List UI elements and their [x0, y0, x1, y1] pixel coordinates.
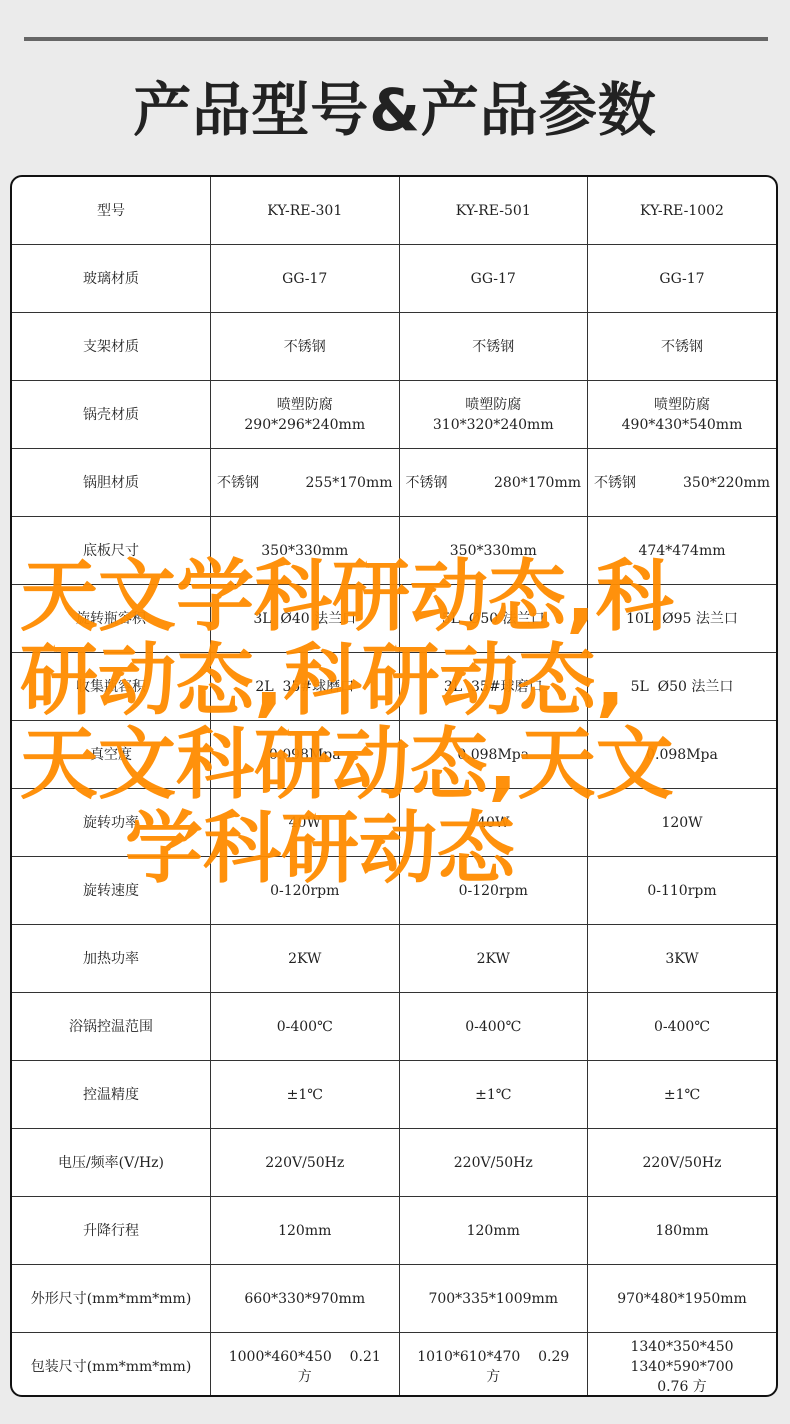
table-cell: 喷塑防腐290*296*240mm — [211, 381, 400, 449]
cell-text: 3L 35#球磨口 — [404, 677, 584, 697]
table-cell: 不锈钢 — [399, 313, 588, 381]
table-cell: 3KW — [588, 925, 777, 993]
row-label: 控温精度 — [12, 1061, 211, 1129]
table-row: 玻璃材质GG-17GG-17GG-17 — [12, 245, 776, 313]
table-row: 型号KY-RE-301KY-RE-501KY-RE-1002 — [12, 177, 776, 245]
table-row: 控温精度±1℃±1℃±1℃ — [12, 1061, 776, 1129]
cell-text: ±1℃ — [404, 1085, 584, 1105]
cell-text: 120mm — [404, 1221, 584, 1241]
table-cell: ±1℃ — [399, 1061, 588, 1129]
table-cell: 350*330mm — [211, 517, 400, 585]
cell-text: 1340*350*450 — [592, 1337, 772, 1357]
table-row: 加热功率2KW2KW3KW — [12, 925, 776, 993]
cell-text: 350*220mm — [683, 473, 770, 493]
cell-text: 10L Ø95 法兰口 — [592, 609, 772, 629]
cell-text: 290*296*240mm — [215, 415, 395, 435]
cell-text: 0-120rpm — [404, 881, 584, 901]
table-cell: 5L Ø50 法兰口 — [399, 585, 588, 653]
table-row: 支架材质不锈钢不锈钢不锈钢 — [12, 313, 776, 381]
split-cell: 不锈钢350*220mm — [592, 473, 772, 493]
table-cell: GG-17 — [399, 245, 588, 313]
cell-text: 1000*460*450 0.21 — [215, 1347, 395, 1367]
table-cell: GG-17 — [588, 245, 777, 313]
table-cell: 不锈钢 — [211, 313, 400, 381]
cell-text: 2KW — [404, 949, 584, 969]
cell-text: 不锈钢 — [592, 337, 772, 357]
cell-text: 喷塑防腐 — [215, 395, 395, 415]
cell-text: 255*170mm — [306, 473, 393, 493]
table-row: 底板尺寸350*330mm350*330mm474*474mm — [12, 517, 776, 585]
row-label: 浴锅控温范围 — [12, 993, 211, 1061]
cell-text: 0-120rpm — [215, 881, 395, 901]
table-row: 包装尺寸(mm*mm*mm)1000*460*450 0.21方1010*610… — [12, 1333, 776, 1398]
row-label: 型号 — [12, 177, 211, 245]
table-cell: 0-120rpm — [211, 857, 400, 925]
split-cell: 不锈钢255*170mm — [215, 473, 395, 493]
row-label: 外形尺寸(mm*mm*mm) — [12, 1265, 211, 1333]
cell-text: 5L Ø50 法兰口 — [404, 609, 584, 629]
table-cell: 474*474mm — [588, 517, 777, 585]
table-row: 真空度0.098Mpa0.098Mpa0.098Mpa — [12, 721, 776, 789]
cell-text: 1010*610*470 0.29 — [404, 1347, 584, 1367]
table-cell: KY-RE-301 — [211, 177, 400, 245]
row-label: 支架材质 — [12, 313, 211, 381]
spec-table: 型号KY-RE-301KY-RE-501KY-RE-1002玻璃材质GG-17G… — [12, 177, 776, 1397]
table-cell: 120W — [588, 789, 777, 857]
cell-text: GG-17 — [404, 269, 584, 289]
table-row: 升降行程120mm120mm180mm — [12, 1197, 776, 1265]
table-cell: 1000*460*450 0.21方 — [211, 1333, 400, 1398]
table-cell: 180mm — [588, 1197, 777, 1265]
table-cell: 2KW — [211, 925, 400, 993]
row-label: 包装尺寸(mm*mm*mm) — [12, 1333, 211, 1398]
cell-text: 120W — [592, 813, 772, 833]
cell-text: 350*330mm — [404, 541, 584, 561]
cell-text: KY-RE-501 — [404, 201, 584, 221]
cell-text: 180mm — [592, 1221, 772, 1241]
top-divider — [24, 37, 768, 41]
cell-text: ±1℃ — [215, 1085, 395, 1105]
table-cell: 1340*350*4501340*590*7000.76 方 — [588, 1333, 777, 1398]
table-row: 收集瓶容积2L 35#球磨口3L 35#球磨口5L Ø50 法兰口 — [12, 653, 776, 721]
cell-text: 喷塑防腐 — [404, 395, 584, 415]
table-cell: 10L Ø95 法兰口 — [588, 585, 777, 653]
row-label: 旋转功率 — [12, 789, 211, 857]
cell-text: GG-17 — [592, 269, 772, 289]
table-cell: 喷塑防腐310*320*240mm — [399, 381, 588, 449]
cell-text: 喷塑防腐 — [592, 395, 772, 415]
table-cell: 0.098Mpa — [588, 721, 777, 789]
table-row: 旋转速度0-120rpm0-120rpm0-110rpm — [12, 857, 776, 925]
table-cell: ±1℃ — [588, 1061, 777, 1129]
table-cell: 0-400℃ — [399, 993, 588, 1061]
table-cell: 0-400℃ — [211, 993, 400, 1061]
table-cell: ±1℃ — [211, 1061, 400, 1129]
row-label: 旋转速度 — [12, 857, 211, 925]
cell-text: 40W — [215, 813, 395, 833]
table-cell: 220V/50Hz — [588, 1129, 777, 1197]
table-cell: 220V/50Hz — [211, 1129, 400, 1197]
cell-text: 方 — [215, 1367, 395, 1387]
table-row: 锅壳材质喷塑防腐290*296*240mm喷塑防腐310*320*240mm喷塑… — [12, 381, 776, 449]
row-label: 升降行程 — [12, 1197, 211, 1265]
table-cell: 不锈钢350*220mm — [588, 449, 777, 517]
cell-text: 700*335*1009mm — [404, 1289, 584, 1309]
cell-text: 220V/50Hz — [215, 1153, 395, 1173]
cell-text: 0-110rpm — [592, 881, 772, 901]
cell-text: 0.098Mpa — [592, 745, 772, 765]
cell-text: 不锈钢 — [406, 473, 448, 493]
row-label: 收集瓶容积 — [12, 653, 211, 721]
table-cell: 5L Ø50 法兰口 — [588, 653, 777, 721]
cell-text: KY-RE-1002 — [592, 201, 772, 221]
row-label: 锅胆材质 — [12, 449, 211, 517]
cell-text: ±1℃ — [592, 1085, 772, 1105]
cell-text: 0-400℃ — [404, 1017, 584, 1037]
cell-text: 不锈钢 — [217, 473, 259, 493]
table-cell: 0-400℃ — [588, 993, 777, 1061]
table-row: 浴锅控温范围0-400℃0-400℃0-400℃ — [12, 993, 776, 1061]
cell-text: 方 — [404, 1367, 584, 1387]
table-cell: 3L 35#球磨口 — [399, 653, 588, 721]
table-cell: 不锈钢255*170mm — [211, 449, 400, 517]
table-row: 旋转功率40W40W120W — [12, 789, 776, 857]
cell-text: 220V/50Hz — [592, 1153, 772, 1173]
table-row: 电压/频率(V/Hz)220V/50Hz220V/50Hz220V/50Hz — [12, 1129, 776, 1197]
cell-text: KY-RE-301 — [215, 201, 395, 221]
row-label: 真空度 — [12, 721, 211, 789]
cell-text: 280*170mm — [494, 473, 581, 493]
split-cell: 不锈钢280*170mm — [404, 473, 584, 493]
table-cell: 40W — [211, 789, 400, 857]
row-label: 玻璃材质 — [12, 245, 211, 313]
table-cell: 120mm — [399, 1197, 588, 1265]
table-cell: 120mm — [211, 1197, 400, 1265]
cell-text: 310*320*240mm — [404, 415, 584, 435]
table-cell: 2L 35#球磨口 — [211, 653, 400, 721]
table-cell: KY-RE-1002 — [588, 177, 777, 245]
row-label: 旋转瓶容积 — [12, 585, 211, 653]
table-cell: 700*335*1009mm — [399, 1265, 588, 1333]
row-label: 锅壳材质 — [12, 381, 211, 449]
cell-text: 350*330mm — [215, 541, 395, 561]
table-row: 外形尺寸(mm*mm*mm)660*330*970mm700*335*1009m… — [12, 1265, 776, 1333]
cell-text: 3L Ø40 法兰口 — [215, 609, 395, 629]
cell-text: 970*480*1950mm — [592, 1289, 772, 1309]
table-cell: 喷塑防腐490*430*540mm — [588, 381, 777, 449]
table-cell: 0.098Mpa — [211, 721, 400, 789]
cell-text: 0.76 方 — [592, 1377, 772, 1397]
table-cell: 3L Ø40 法兰口 — [211, 585, 400, 653]
table-cell: 40W — [399, 789, 588, 857]
cell-text: 0-400℃ — [592, 1017, 772, 1037]
cell-text: 1340*590*700 — [592, 1357, 772, 1377]
spec-table-container: 型号KY-RE-301KY-RE-501KY-RE-1002玻璃材质GG-17G… — [10, 175, 778, 1397]
table-cell: 1010*610*470 0.29方 — [399, 1333, 588, 1398]
cell-text: 40W — [404, 813, 584, 833]
cell-text: 不锈钢 — [594, 473, 636, 493]
cell-text: 220V/50Hz — [404, 1153, 584, 1173]
cell-text: 490*430*540mm — [592, 415, 772, 435]
cell-text: 0-400℃ — [215, 1017, 395, 1037]
table-cell: 不锈钢 — [588, 313, 777, 381]
cell-text: 2L 35#球磨口 — [215, 677, 395, 697]
row-label: 加热功率 — [12, 925, 211, 993]
row-label: 底板尺寸 — [12, 517, 211, 585]
cell-text: 474*474mm — [592, 541, 772, 561]
table-cell: KY-RE-501 — [399, 177, 588, 245]
table-cell: 0-120rpm — [399, 857, 588, 925]
table-cell: GG-17 — [211, 245, 400, 313]
cell-text: 0.098Mpa — [215, 745, 395, 765]
cell-text: 3KW — [592, 949, 772, 969]
row-label: 电压/频率(V/Hz) — [12, 1129, 211, 1197]
table-row: 旋转瓶容积3L Ø40 法兰口5L Ø50 法兰口10L Ø95 法兰口 — [12, 585, 776, 653]
page-title: 产品型号&产品参数 — [0, 70, 790, 150]
cell-text: 2KW — [215, 949, 395, 969]
table-cell: 0-110rpm — [588, 857, 777, 925]
table-cell: 不锈钢280*170mm — [399, 449, 588, 517]
table-cell: 660*330*970mm — [211, 1265, 400, 1333]
table-row: 锅胆材质不锈钢255*170mm不锈钢280*170mm不锈钢350*220mm — [12, 449, 776, 517]
cell-text: 5L Ø50 法兰口 — [592, 677, 772, 697]
table-cell: 350*330mm — [399, 517, 588, 585]
cell-text: 120mm — [215, 1221, 395, 1241]
cell-text: GG-17 — [215, 269, 395, 289]
cell-text: 0.098Mpa — [404, 745, 584, 765]
cell-text: 不锈钢 — [215, 337, 395, 357]
table-cell: 2KW — [399, 925, 588, 993]
cell-text: 不锈钢 — [404, 337, 584, 357]
table-cell: 220V/50Hz — [399, 1129, 588, 1197]
table-cell: 0.098Mpa — [399, 721, 588, 789]
table-cell: 970*480*1950mm — [588, 1265, 777, 1333]
cell-text: 660*330*970mm — [215, 1289, 395, 1309]
